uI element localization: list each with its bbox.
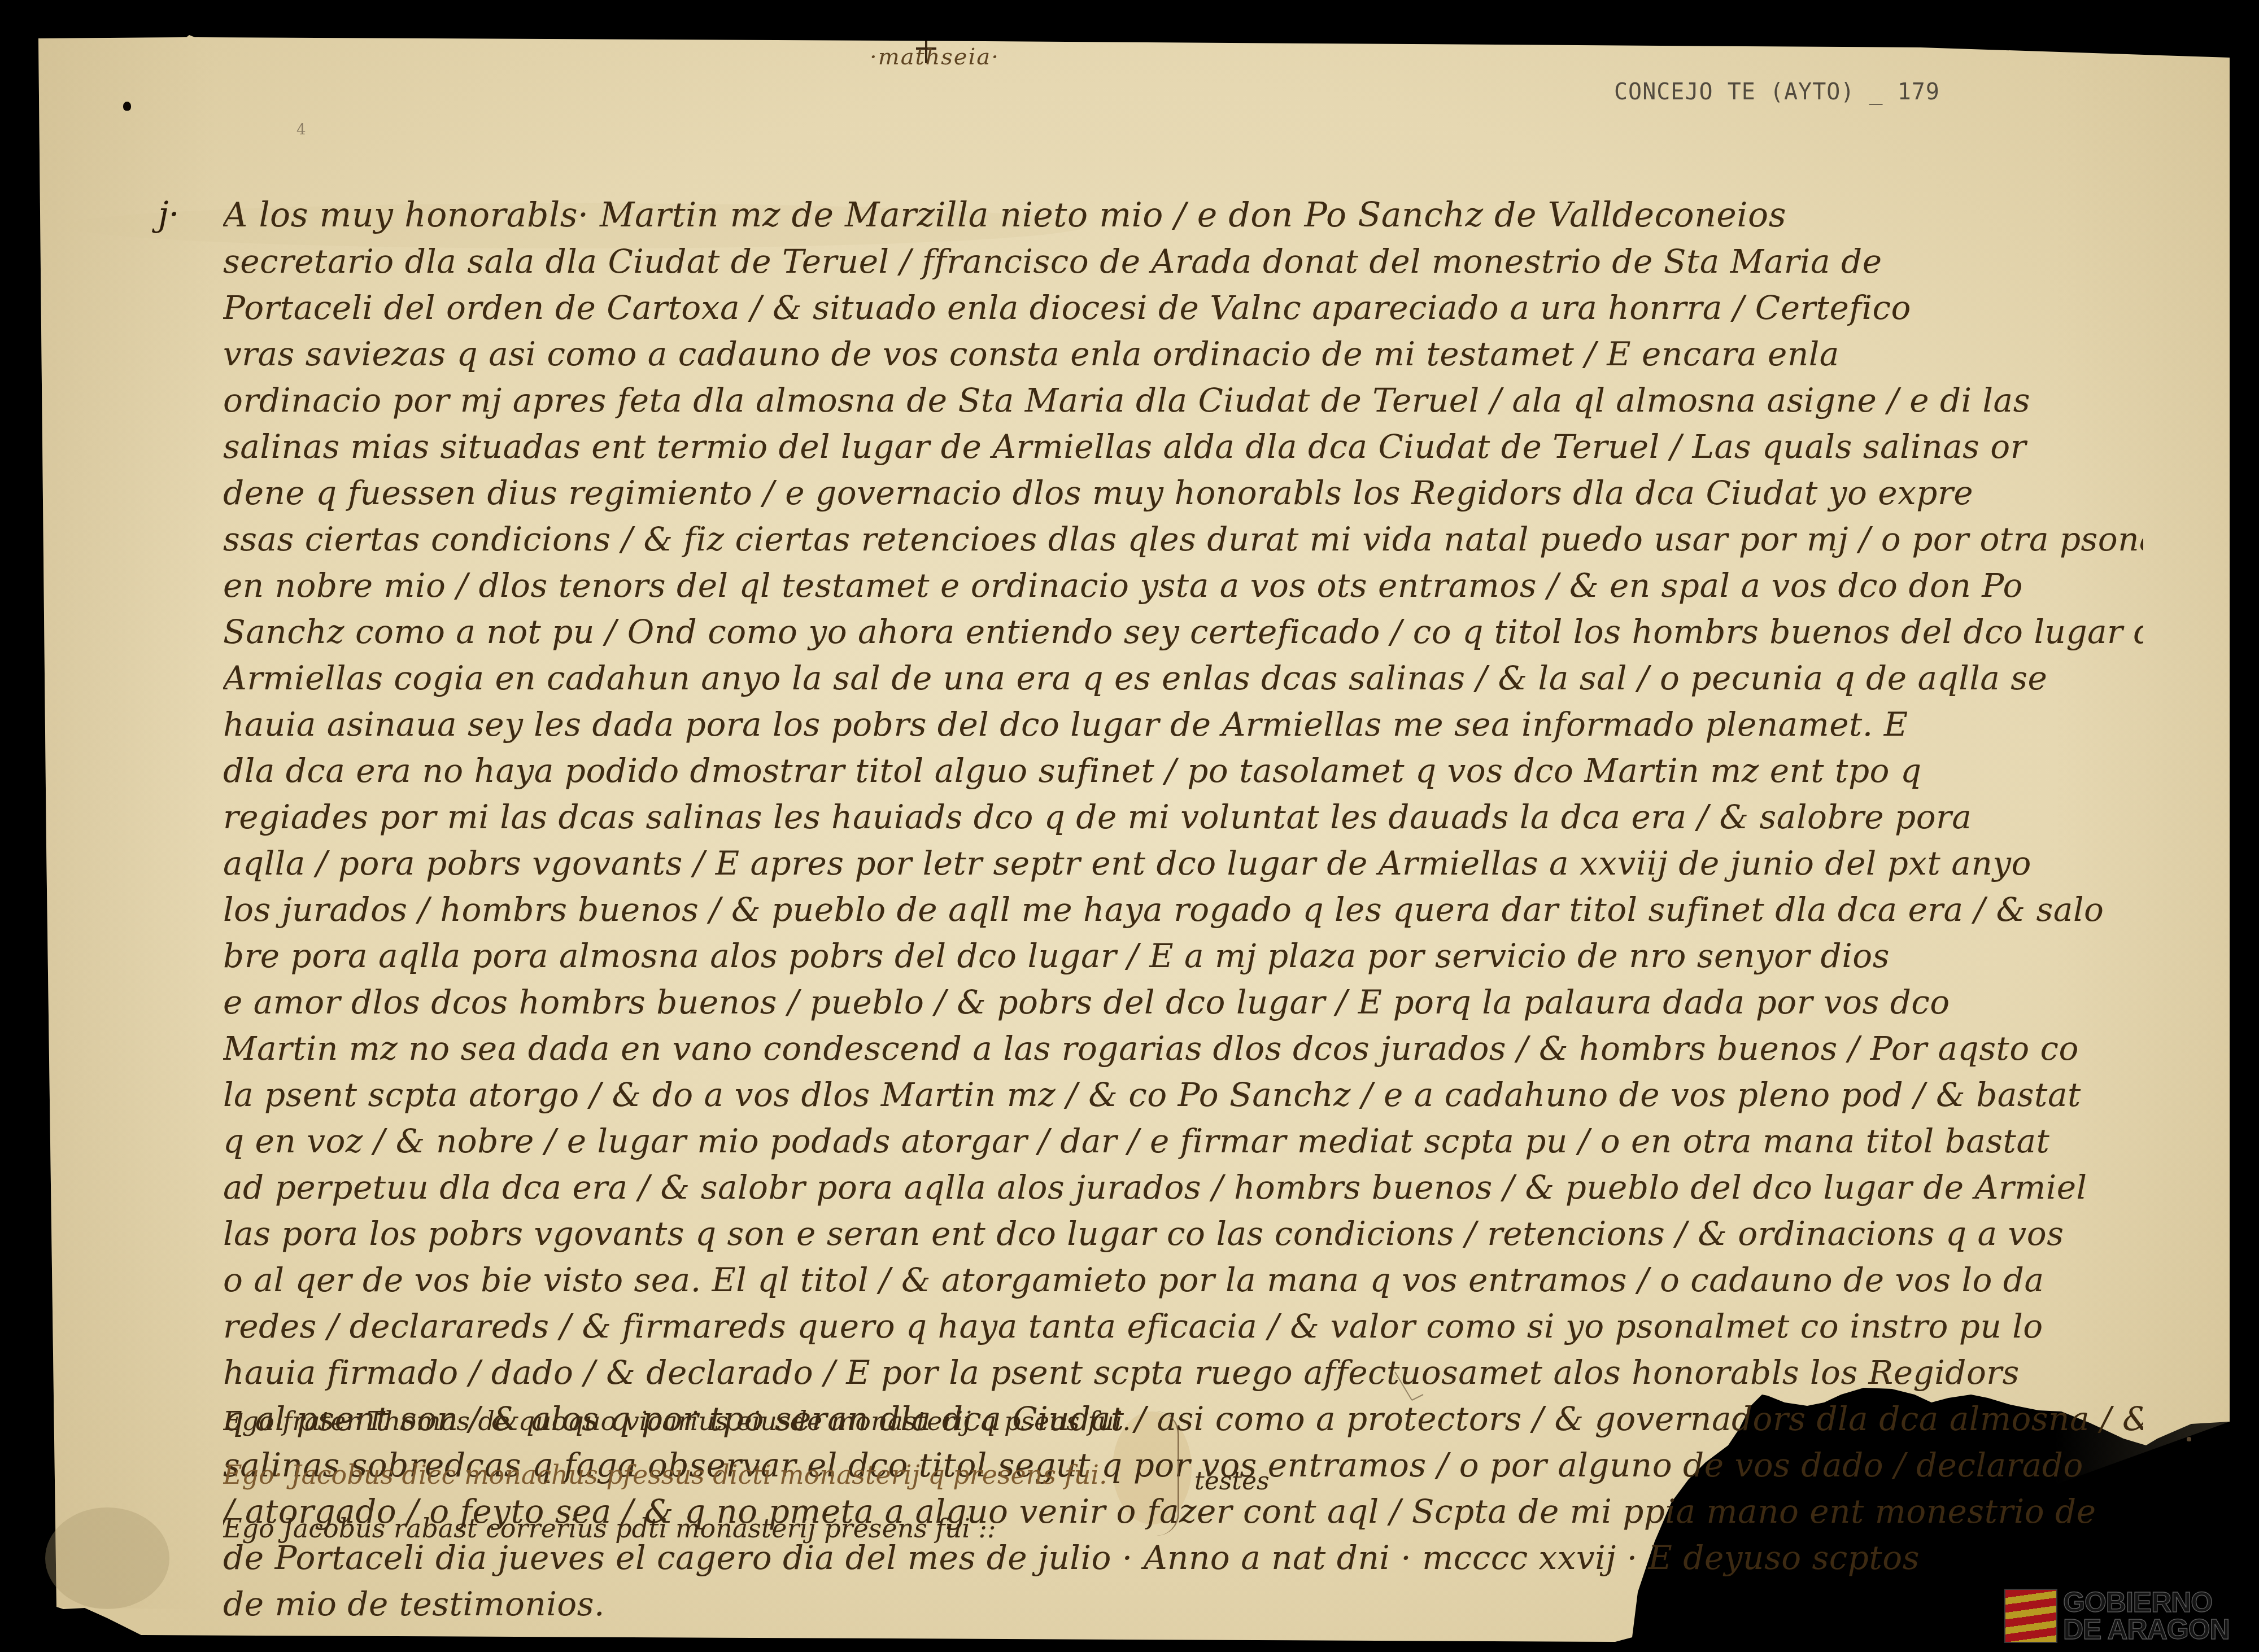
manuscript-line: ssas ciertas condicions / & fiz ciertas …	[223, 516, 2143, 562]
witness-signatures: Ego frater Thomas de quoquo vicarius eiu…	[223, 1395, 1296, 1555]
marginal-note: 4	[296, 121, 306, 138]
manuscript-line: dene q fuessen dius regimiento / e gover…	[223, 470, 2143, 516]
manuscript-line: salinas mias situadas ent termio del lug…	[223, 423, 2143, 470]
gobierno-de-aragon-logo: GOBIERNO DE ARAGON	[2004, 1589, 2230, 1643]
manuscript-line: en nobre mio / dlos tenors del ql testam…	[223, 562, 2143, 609]
manuscript-line: redes / declarareds / & firmareds quero …	[223, 1303, 2143, 1349]
manuscript-line: de mio de testimonios.	[223, 1581, 2143, 1627]
pinhole-mark	[123, 102, 131, 111]
manuscript-line: ordinacio por mj apres feta dla almosna …	[223, 377, 2143, 423]
manuscript-line: hauia asinaua sey les dada pora los pobr…	[223, 701, 2143, 748]
manuscript-line: hauia firmado / dado / & declarado / E p…	[223, 1349, 2143, 1396]
manuscript-line: q en voz / & nobre / e lugar mio podads …	[223, 1118, 2143, 1164]
manuscript-line: Armiellas cogia en cadahun anyo la sal d…	[223, 655, 2143, 701]
manuscript-line: la psent scpta atorgo / & do a vos dlos …	[223, 1072, 2143, 1118]
logo-line-1: GOBIERNO	[2063, 1589, 2230, 1616]
paragraph-marker: j·	[158, 195, 180, 234]
pinhole-mark	[2187, 1437, 2191, 1441]
parchment-sheet: ·mathseia· CONCEJO TE (AYTO) _ 179 4 j· …	[0, 0, 2259, 1652]
manuscript-line: ad perpetuu dla dca era / & salobr pora …	[223, 1164, 2143, 1210]
document-viewer: ·mathseia· CONCEJO TE (AYTO) _ 179 4 j· …	[0, 0, 2259, 1652]
archive-shelfmark: CONCEJO TE (AYTO) _ 179	[1614, 79, 1940, 105]
manuscript-line: A los muy honorabls· Martin mz de Marzil…	[223, 192, 2143, 238]
manuscript-line: las pora los pobrs vgovants q son e sera…	[223, 1210, 2143, 1257]
manuscript-line: aqlla / pora pobrs vgovants / E apres po…	[223, 840, 2143, 886]
manuscript-line: Portaceli del orden de Cartoxa / & situa…	[223, 285, 2143, 331]
logo-wordmark: GOBIERNO DE ARAGON	[2063, 1589, 2230, 1643]
manuscript-line: Martin mz no sea dada en vano condescend…	[223, 1025, 2143, 1072]
brace-mark	[1155, 1411, 1179, 1536]
manuscript-line: o al qer de vos bie visto sea. El ql tit…	[223, 1257, 2143, 1303]
folio-heading: ·mathseia·	[870, 44, 1000, 70]
testes-label: testes	[1194, 1467, 1270, 1496]
manuscript-line: e amor dlos dcos hombrs buenos / pueblo …	[223, 979, 2143, 1025]
aragon-flag-icon	[2004, 1589, 2057, 1643]
manuscript-line: vras saviezas q asi como a cadauno de vo…	[223, 331, 2143, 377]
signature-line: Ego frater Thomas de quoquo vicarius eiu…	[223, 1395, 1296, 1448]
manuscript-line: regiades por mi las dcas salinas les hau…	[223, 794, 2143, 840]
signature-line: Ego· Jacobus dicc monachus pfessus dicti…	[223, 1448, 1296, 1502]
manuscript-line: dla dca era no haya podido dmostrar tito…	[223, 748, 2143, 794]
signature-line: Ego Jacobus rabast correrius pdti monast…	[223, 1502, 1296, 1555]
manuscript-line: bre pora aqlla pora almosna alos pobrs d…	[223, 933, 2143, 979]
manuscript-line: los jurados / hombrs buenos / & pueblo d…	[223, 886, 2143, 933]
logo-line-2: DE ARAGON	[2063, 1616, 2230, 1643]
manuscript-line: Sanchz como a not pu / Ond como yo ahora…	[223, 609, 2143, 655]
manuscript-line: secretario dla sala dla Ciudat de Teruel…	[223, 238, 2143, 285]
